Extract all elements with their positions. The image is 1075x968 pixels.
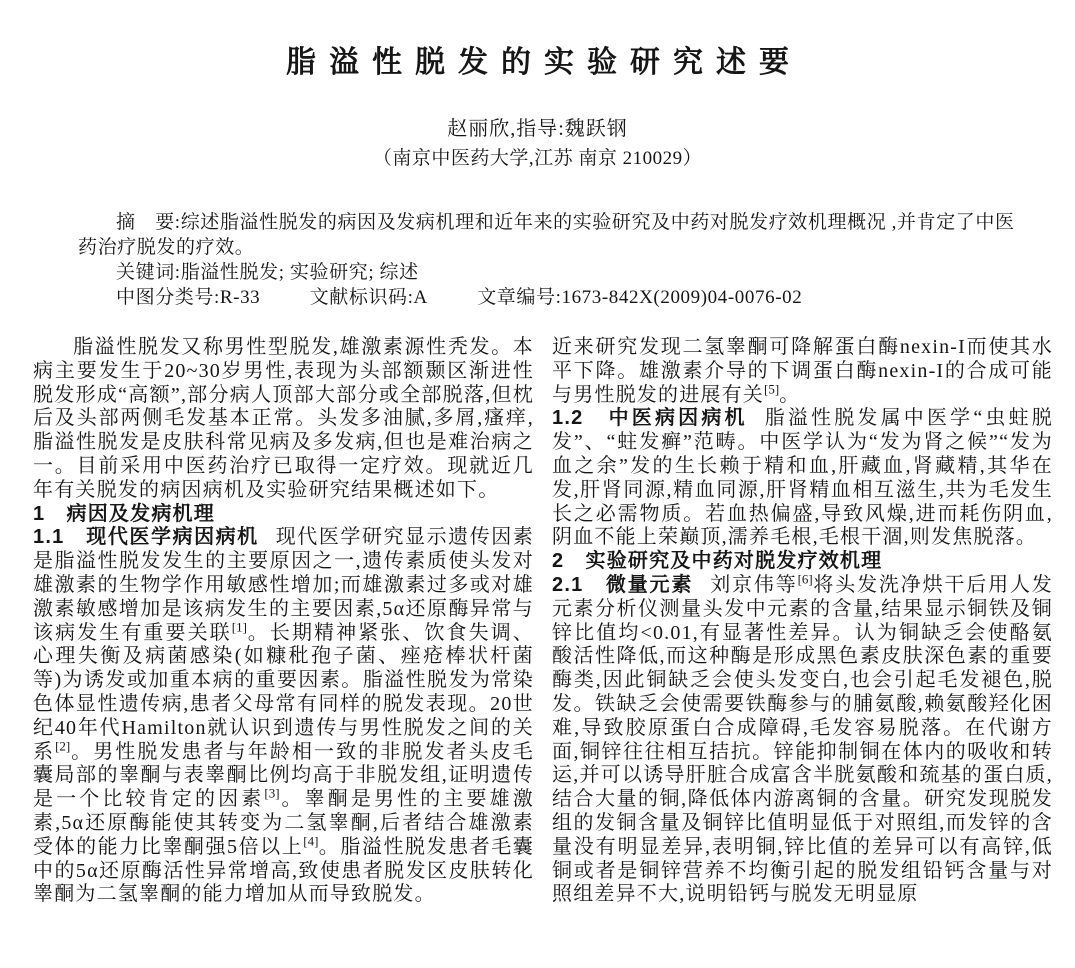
- subsection-lead: 1.2 中医病因病机: [552, 407, 748, 429]
- page-title: 脂溢性脱发的实验研究述要: [0, 0, 1075, 82]
- keywords-label: 关键词:: [116, 262, 181, 283]
- subsection-lead: 1.1 现代医学病因病机: [33, 526, 259, 548]
- article-id: 文章编号:1673-842X(2009)04-0076-02: [477, 287, 802, 308]
- subsection-lead: 2.1 微量元素: [552, 574, 693, 596]
- citation-ref: [3]: [264, 785, 279, 800]
- body-paragraph: 1.1 现代医学病因病机现代医学研究显示遗传因素是脂溢性脱发发生的主要原因之一,…: [33, 526, 534, 907]
- abstract-text: 综述脂溢性脱发的病因及发病机理和近年来的实验研究及中药对脱发疗效机理概况 ,并肯…: [78, 212, 1015, 258]
- section-heading: 1 病因及发病机理: [33, 503, 534, 527]
- citation-ref: [5]: [764, 381, 779, 396]
- citation-ref: [4]: [303, 833, 318, 848]
- scanned-paper-page: 脂溢性脱发的实验研究述要 赵丽欣,指导:魏跃钢 （南京中医药大学,江苏 南京 2…: [0, 0, 1075, 968]
- citation-ref: [2]: [55, 738, 70, 753]
- front-matter-block: 摘 要:综述脂溢性脱发的病因及发病机理和近年来的实验研究及中药对脱发疗效机理概况…: [78, 210, 1017, 310]
- citation-ref: [1]: [232, 619, 247, 634]
- body-column-right: 近来研究发现二氢睾酮可降解蛋白酶nexin-I而使其水平下降。雄激素介导的下调蛋…: [552, 336, 1053, 907]
- body-paragraph: 1.2 中医病因病机脂溢性脱发属中医学“虫蛀脱发”、“蛀发癣”范畴。中医学认为“…: [552, 407, 1053, 550]
- article-body: 脂溢性脱发又称男性型脱发,雄激素源性秃发。本病主要发生于20~30岁男性,表现为…: [0, 336, 1075, 907]
- citation-ref: [6]: [798, 571, 813, 586]
- affiliation-line: （南京中医药大学,江苏 南京 210029）: [0, 146, 1075, 172]
- body-paragraph: 脂溢性脱发又称男性型脱发,雄激素源性秃发。本病主要发生于20~30岁男性,表现为…: [33, 336, 534, 503]
- authors-line: 赵丽欣,指导:魏跃钢: [0, 116, 1075, 142]
- abstract-line: 摘 要:综述脂溢性脱发的病因及发病机理和近年来的实验研究及中药对脱发疗效机理概况…: [78, 210, 1017, 260]
- keywords-text: 脂溢性脱发; 实验研究; 综述: [181, 262, 419, 283]
- keywords-line: 关键词:脂溢性脱发; 实验研究; 综述: [78, 260, 1017, 285]
- abstract-label: 摘 要:: [116, 212, 181, 233]
- body-column-left: 脂溢性脱发又称男性型脱发,雄激素源性秃发。本病主要发生于20~30岁男性,表现为…: [33, 336, 534, 907]
- body-paragraph: 近来研究发现二氢睾酮可降解蛋白酶nexin-I而使其水平下降。雄激素介导的下调蛋…: [552, 336, 1053, 407]
- document-code: 文献标识码:A: [310, 287, 428, 308]
- meta-line: 中图分类号:R-33 文献标识码:A 文章编号:1673-842X(2009)0…: [78, 285, 1017, 310]
- body-paragraph: 2.1 微量元素刘京伟等[6]将头发洗净烘干后用人发元素分析仪测量头发中元素的含…: [552, 574, 1053, 907]
- clc-number: 中图分类号:R-33: [116, 287, 260, 308]
